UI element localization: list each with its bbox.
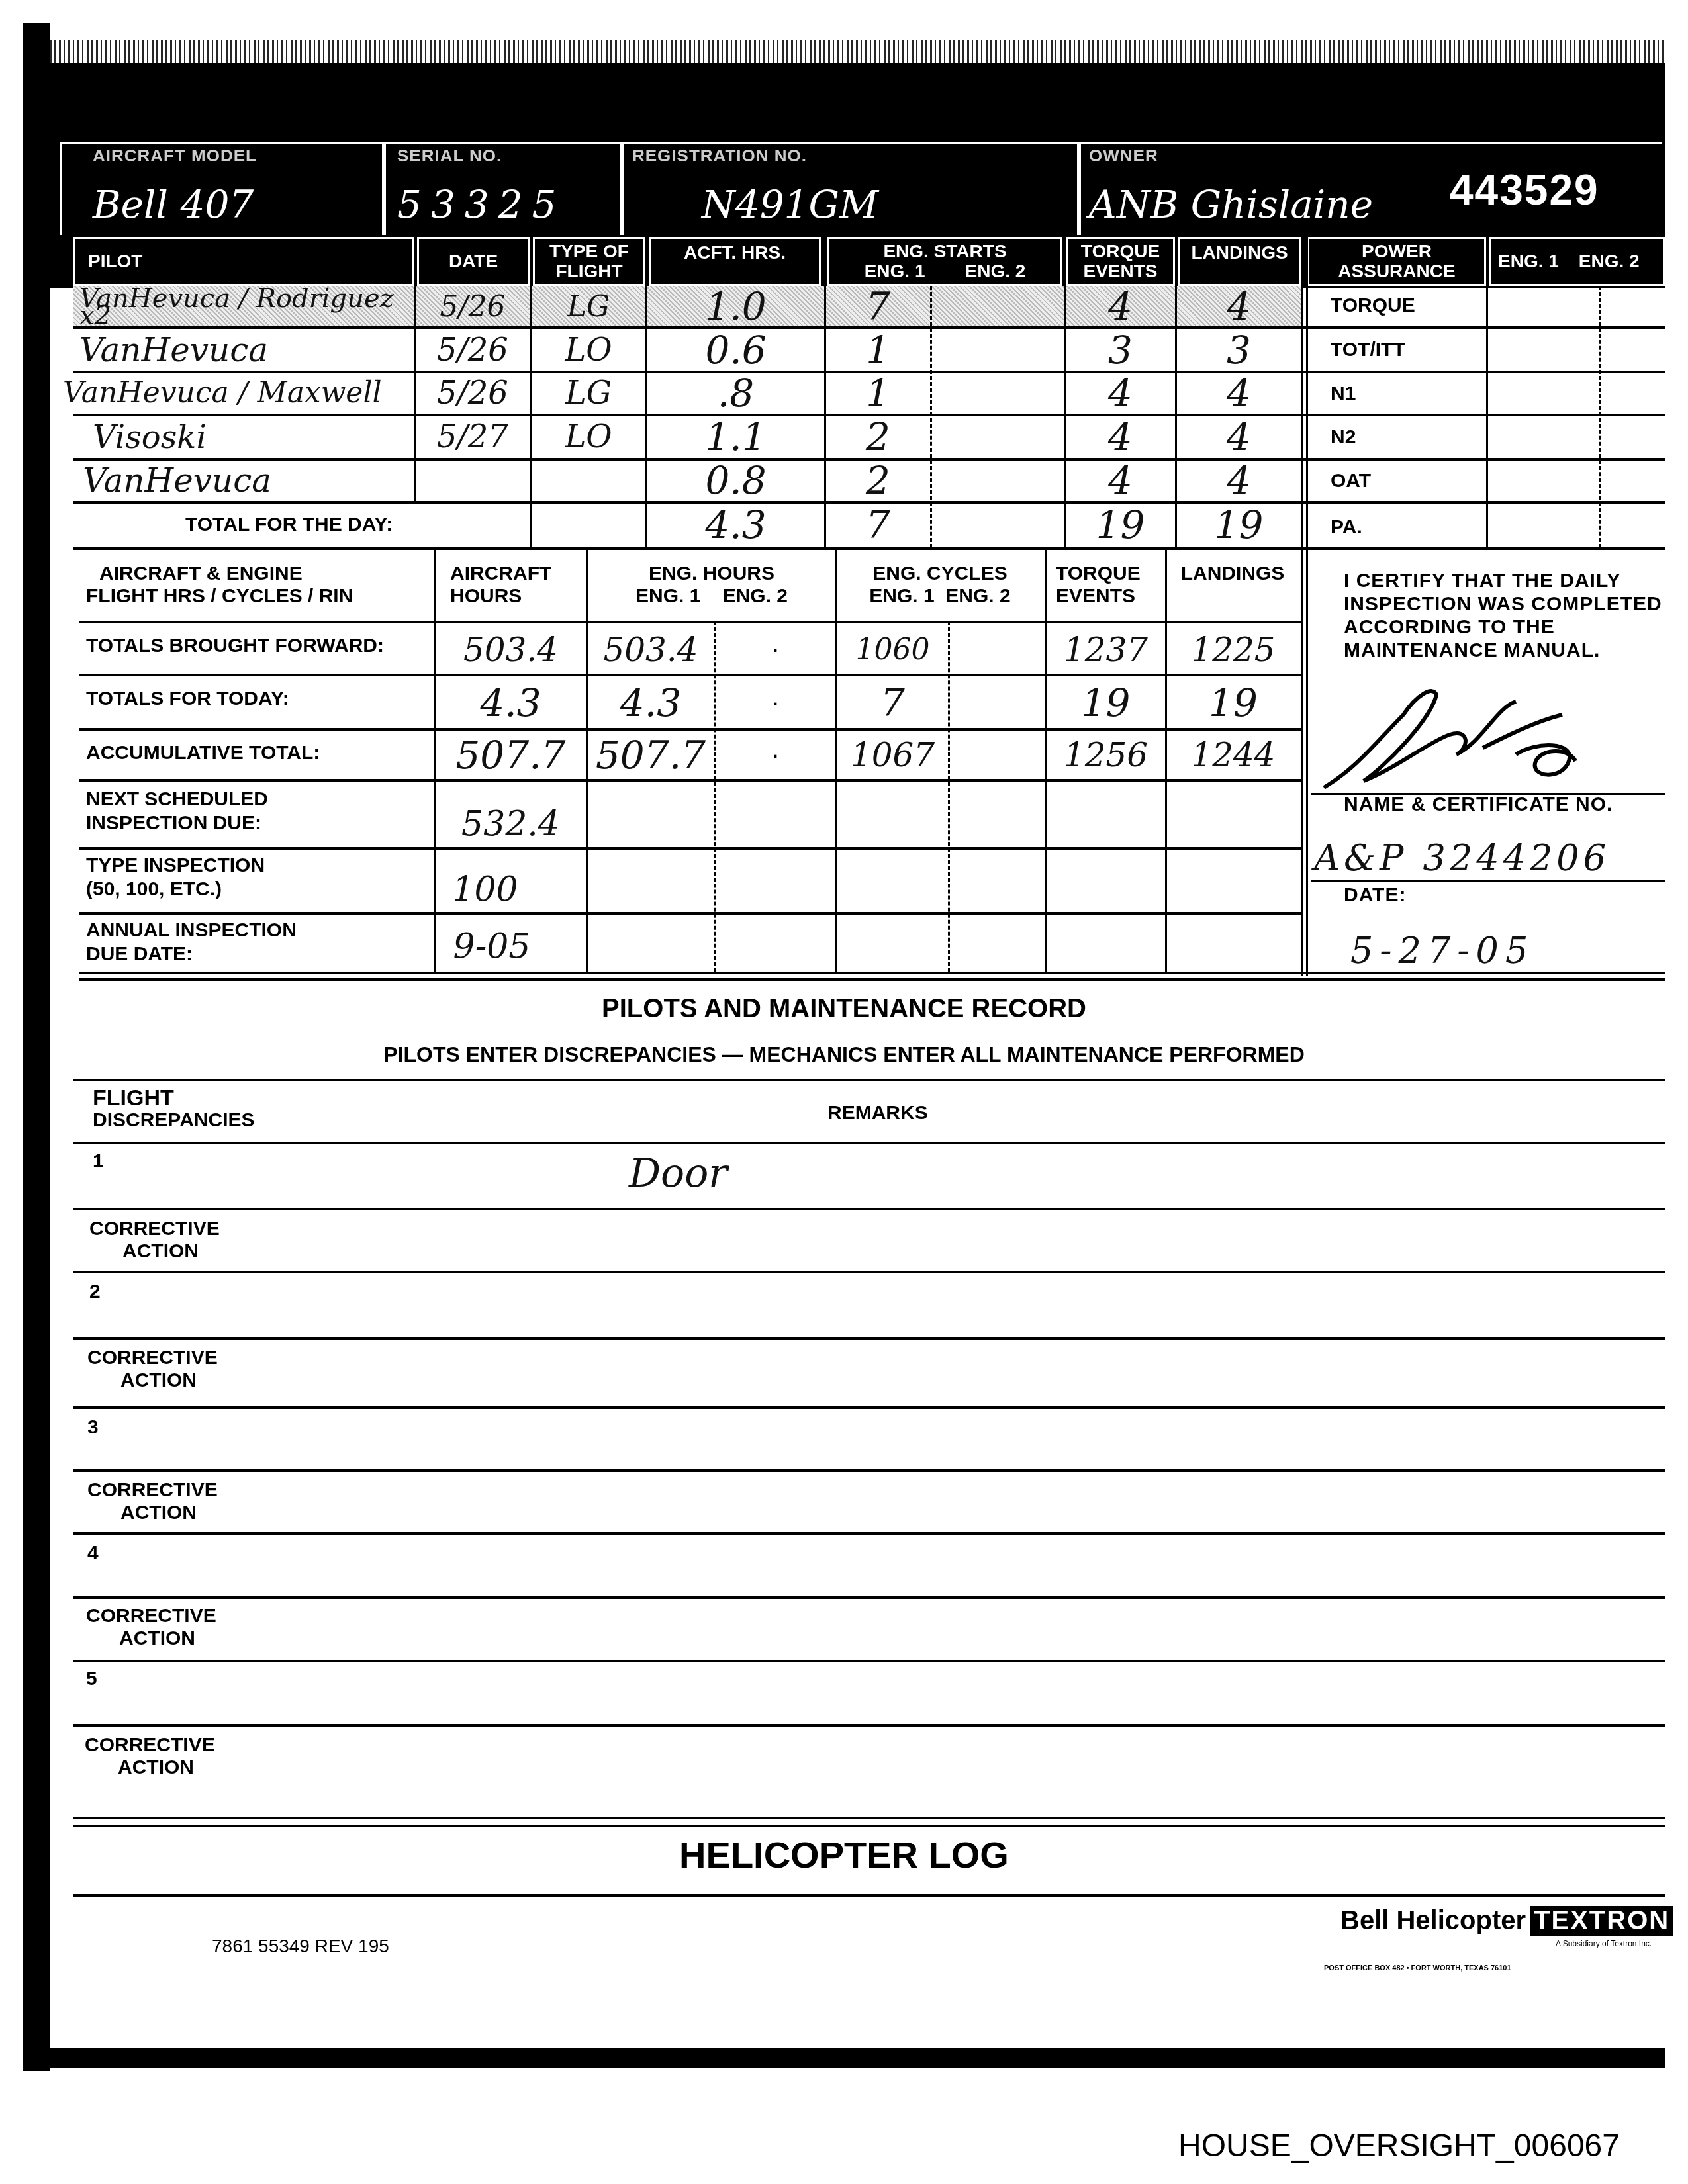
corrective-line2: ACTION bbox=[85, 1756, 215, 1779]
total-acft-hrs: 4.3 bbox=[647, 503, 824, 547]
grid-row-divider bbox=[79, 779, 1301, 782]
grid-row-divider bbox=[79, 728, 1301, 731]
certificate-line bbox=[1311, 880, 1665, 882]
grid-eng2-hours: · bbox=[716, 678, 835, 728]
corrective-line1: CORRECTIVE bbox=[87, 1347, 218, 1369]
pilot-acft-hrs: 0.8 bbox=[647, 460, 824, 501]
pa-row-oat: OAT bbox=[1331, 470, 1371, 492]
pilot-type: LG bbox=[532, 286, 645, 327]
field-value-registration-no: N491GM bbox=[702, 182, 878, 227]
col-type-of-flight: TYPE OF FLIGHT bbox=[533, 237, 645, 286]
power-assurance-title: POWER ASSURANCE bbox=[1309, 242, 1484, 281]
record-divider bbox=[73, 1406, 1665, 1409]
col-pa-engines: ENG. 1ENG. 2 bbox=[1489, 237, 1665, 286]
record-divider bbox=[73, 1208, 1665, 1210]
pilot-type: LO bbox=[532, 416, 645, 458]
grid-row-label-line2: INSPECTION DUE: bbox=[86, 811, 268, 835]
cert-line: I CERTIFY THAT THE DAILY bbox=[1344, 569, 1662, 592]
col-acft-label: ACFT. HRS. bbox=[684, 243, 786, 263]
cert-line: MAINTENANCE MANUAL. bbox=[1344, 639, 1662, 662]
pilot-date bbox=[416, 460, 530, 501]
pilot-torque: 4 bbox=[1066, 416, 1175, 458]
col-remarks: REMARKS bbox=[827, 1102, 928, 1124]
grid-header-eng-cycles-sub: ENG. 1 ENG. 2 bbox=[837, 585, 1043, 608]
pilot-landings: 4 bbox=[1177, 460, 1301, 501]
pa-row-tot-itt: TOT/ITT bbox=[1331, 339, 1405, 361]
grid-eng2-hours: · bbox=[716, 625, 835, 674]
pilot-landings: 4 bbox=[1177, 373, 1301, 414]
grid-eng1-hours: 507.7 bbox=[588, 731, 714, 779]
cert-line: ACCORDING TO THE bbox=[1344, 615, 1662, 639]
col-divider-dashed bbox=[930, 286, 932, 548]
grid-acft-hours: 503.4 bbox=[436, 625, 586, 674]
col-eng2-label: ENG. 2 bbox=[965, 261, 1026, 281]
signature-icon bbox=[1317, 668, 1595, 794]
record-divider bbox=[73, 1079, 1665, 1081]
discrepancy-remark[interactable] bbox=[463, 1664, 1655, 1721]
grid-header-torque-line2: EVENTS bbox=[1056, 585, 1175, 608]
col-discrepancies-line2: DISCREPANCIES bbox=[93, 1109, 254, 1132]
pa-row-pa: PA. bbox=[1331, 516, 1362, 539]
pa-row-n2: N2 bbox=[1331, 426, 1356, 449]
grid-acft-hours: 4.3 bbox=[436, 678, 586, 728]
corrective-line1: CORRECTIVE bbox=[85, 1734, 215, 1756]
grid-header-eng-hours-sub: ENG. 1 ENG. 2 bbox=[586, 585, 837, 608]
discrepancy-remark[interactable] bbox=[463, 1537, 1655, 1594]
grid-acft-hours: 507.7 bbox=[436, 731, 586, 779]
grid-acft-hours: 9-05 bbox=[436, 923, 548, 970]
col-type-label: TYPE OF FLIGHT bbox=[535, 242, 643, 281]
grid-header-torque-line1: TORQUE bbox=[1056, 563, 1175, 585]
field-label-owner: OWNER bbox=[1089, 146, 1158, 166]
certificate-number: A&P 3244206 bbox=[1314, 837, 1610, 879]
grid-acft-hours: 532.4 bbox=[436, 801, 586, 847]
discrepancy-number: 5 bbox=[86, 1668, 97, 1690]
col-date: DATE bbox=[417, 237, 530, 286]
pilot-landings: 3 bbox=[1177, 329, 1301, 371]
record-divider bbox=[73, 1596, 1665, 1599]
corrective-action-field[interactable] bbox=[463, 1729, 1655, 1782]
corrective-line2: ACTION bbox=[87, 1502, 218, 1524]
certification-statement: I CERTIFY THAT THE DAILY INSPECTION WAS … bbox=[1344, 569, 1662, 662]
grid-row-label: TOTALS FOR TODAY: bbox=[86, 687, 289, 711]
grid-row-divider bbox=[79, 847, 1301, 850]
grid-row-divider bbox=[79, 972, 1665, 974]
grid-row-label-line2: DUE DATE: bbox=[86, 942, 297, 966]
grid-row-divider bbox=[79, 621, 1301, 623]
grid-row-label-line2: (50, 100, ETC.) bbox=[86, 878, 265, 901]
grid-eng1-hours: 4.3 bbox=[588, 678, 714, 728]
grid-torque: 19 bbox=[1047, 678, 1165, 728]
discrepancy-remark[interactable] bbox=[463, 1412, 1655, 1468]
total-landings: 19 bbox=[1177, 503, 1301, 547]
cert-line: INSPECTION WAS COMPLETED bbox=[1344, 592, 1662, 615]
pilot-eng1-starts: 2 bbox=[826, 416, 930, 458]
pilot-landings: 4 bbox=[1177, 286, 1301, 327]
grid-landings: 1225 bbox=[1167, 625, 1299, 674]
grid-header-eng-hours: ENG. HOURS ENG. 1 ENG. 2 bbox=[586, 563, 837, 608]
col-torque-events: TORQUE EVENTS bbox=[1066, 237, 1175, 286]
record-divider bbox=[73, 1337, 1665, 1340]
col-divider-double bbox=[1301, 235, 1303, 976]
name-certificate-label: NAME & CERTIFICATE NO. bbox=[1344, 793, 1613, 816]
grid-eng1-hours: 503.4 bbox=[588, 625, 714, 674]
col-eng1-label: ENG. 1 bbox=[865, 261, 925, 281]
discrepancy-number: 3 bbox=[87, 1416, 99, 1439]
certification-date: 5-27-05 bbox=[1350, 930, 1534, 972]
corrective-action-field[interactable] bbox=[463, 1212, 1655, 1269]
corrective-action-label: CORRECTIVEACTION bbox=[87, 1347, 218, 1392]
grid-col-divider-dashed bbox=[948, 621, 950, 972]
corrective-action-field[interactable] bbox=[463, 1602, 1655, 1658]
discrepancy-remark[interactable]: Door bbox=[629, 1150, 727, 1197]
record-divider bbox=[73, 1142, 1665, 1144]
pa-eng1-label: ENG. 1 bbox=[1498, 251, 1559, 271]
grid-header-acft-line1: AIRCRAFT bbox=[450, 563, 596, 585]
pilot-name: VanHevuca bbox=[79, 331, 268, 369]
date-label: DATE: bbox=[1344, 884, 1406, 907]
grid-header-torque: TORQUE EVENTS bbox=[1046, 563, 1175, 608]
grid-torque: 1256 bbox=[1047, 731, 1165, 779]
pilot-date: 5/27 bbox=[416, 416, 530, 458]
pilot-name: Visoski bbox=[93, 419, 207, 456]
col-eng-starts-label: ENG. STARTS bbox=[883, 242, 1006, 261]
grid-row-divider bbox=[79, 978, 1665, 981]
grid-row-label: NEXT SCHEDULED INSPECTION DUE: bbox=[86, 788, 268, 835]
col-eng-starts: ENG. STARTS ENG. 1ENG. 2 bbox=[827, 237, 1062, 286]
col-pilot: PILOT bbox=[73, 237, 414, 286]
grid-row-label: ANNUAL INSPECTION DUE DATE: bbox=[86, 919, 297, 966]
col-landings-label: LANDINGS bbox=[1191, 243, 1288, 263]
bell-helicopter-logo: Bell Helicopter TEXTRON bbox=[1340, 1906, 1673, 1936]
corrective-action-label: CORRECTIVEACTION bbox=[86, 1605, 216, 1650]
col-discrepancies-line1: FLIGHT bbox=[93, 1087, 254, 1109]
serial-stamp: 443529 bbox=[1450, 165, 1599, 214]
brand-tagline: A Subsidiary of Textron Inc. bbox=[1556, 1939, 1652, 1948]
grid-eng1-cycles: 1067 bbox=[837, 731, 948, 779]
pilot-type: LG bbox=[532, 373, 645, 414]
field-value-aircraft-model: Bell 407 bbox=[93, 182, 254, 227]
col-divider bbox=[1486, 286, 1488, 548]
pilot-date: 5/26 bbox=[416, 329, 530, 371]
pilot-acft-hrs: 0.6 bbox=[647, 329, 824, 371]
grid-eng1-cycles: 7 bbox=[837, 678, 948, 728]
pilot-acft-hrs: .8 bbox=[647, 373, 824, 414]
corrective-line1: CORRECTIVE bbox=[86, 1605, 216, 1627]
col-landings: LANDINGS bbox=[1178, 237, 1301, 286]
record-divider bbox=[73, 1271, 1665, 1273]
col-divider-double bbox=[1306, 235, 1308, 976]
discrepancy-remark[interactable] bbox=[463, 1276, 1655, 1332]
scan-border-bottom bbox=[23, 2048, 1665, 2068]
record-divider bbox=[73, 1469, 1665, 1472]
grid-torque: 1237 bbox=[1047, 625, 1165, 674]
helicopter-log-title: HELICOPTER LOG bbox=[0, 1833, 1688, 1876]
discrepancy-number: 1 bbox=[93, 1150, 104, 1173]
footer-divider bbox=[73, 1894, 1665, 1897]
pilot-eng1-starts: 1 bbox=[826, 373, 930, 414]
grid-eng1-cycles: 1060 bbox=[837, 625, 948, 674]
maintenance-record-title: PILOTS AND MAINTENANCE RECORD bbox=[0, 994, 1688, 1024]
grid-row-label-line1: NEXT SCHEDULED bbox=[86, 788, 268, 811]
discrepancy-number: 2 bbox=[89, 1281, 101, 1303]
grid-row-label: TYPE INSPECTION (50, 100, ETC.) bbox=[86, 854, 265, 901]
pilot-landings: 4 bbox=[1177, 416, 1301, 458]
col-flight-discrepancies: FLIGHT DISCREPANCIES bbox=[93, 1087, 254, 1132]
grid-header-aircraft-hours: AIRCRAFT HOURS bbox=[437, 563, 596, 608]
corrective-line2: ACTION bbox=[87, 1369, 218, 1392]
corrective-line2: ACTION bbox=[86, 1627, 216, 1650]
grid-header-landings: LANDINGS bbox=[1166, 563, 1299, 585]
corrective-line1: CORRECTIVE bbox=[89, 1218, 220, 1240]
grid-header-acft-line2: HOURS bbox=[450, 585, 596, 608]
corrective-line1: CORRECTIVE bbox=[87, 1479, 218, 1502]
pa-row-n1: N1 bbox=[1331, 383, 1356, 405]
pilot-acft-hrs: 1.0 bbox=[647, 286, 824, 327]
grid-row-label: TOTALS BROUGHT FORWARD: bbox=[86, 634, 384, 658]
pilot-torque: 3 bbox=[1066, 329, 1175, 371]
corrective-line2: ACTION bbox=[89, 1240, 220, 1263]
grid-header-eng-cycles: ENG. CYCLES ENG. 1 ENG. 2 bbox=[837, 563, 1043, 608]
field-label-registration-no: REGISTRATION NO. bbox=[632, 146, 807, 166]
pilot-torque: 4 bbox=[1066, 460, 1175, 501]
grid-row-label-line1: ANNUAL INSPECTION bbox=[86, 919, 297, 942]
brand-address: POST OFFICE BOX 482 • FORT WORTH, TEXAS … bbox=[1324, 1964, 1511, 1972]
form-number: 7861 55349 REV 195 bbox=[212, 1936, 389, 1957]
record-divider bbox=[73, 1532, 1665, 1535]
grid-row-label-line1: TYPE INSPECTION bbox=[86, 854, 265, 878]
pilot-type bbox=[532, 460, 645, 501]
record-divider bbox=[73, 1660, 1665, 1662]
grid-landings: 19 bbox=[1167, 678, 1299, 728]
grid-header-eng-hours-title: ENG. HOURS bbox=[586, 563, 837, 585]
bates-stamp: HOUSE_OVERSIGHT_006067 bbox=[1178, 2128, 1620, 2164]
col-torque-label: TORQUE EVENTS bbox=[1068, 242, 1173, 281]
field-label-aircraft-model: AIRCRAFT MODEL bbox=[93, 146, 257, 166]
corrective-action-field[interactable] bbox=[463, 1475, 1655, 1531]
grid-landings: 1244 bbox=[1167, 731, 1299, 779]
corrective-action-label: CORRECTIVEACTION bbox=[87, 1479, 218, 1524]
grid-row-label: ACCUMULATIVE TOTAL: bbox=[86, 741, 320, 765]
corrective-action-label: CORRECTIVEACTION bbox=[85, 1734, 215, 1779]
grid-header-eng-cycles-title: ENG. CYCLES bbox=[837, 563, 1043, 585]
grid-acft-hours: 100 bbox=[436, 867, 535, 912]
pilot-type: LO bbox=[532, 329, 645, 371]
pilot-torque: 4 bbox=[1066, 373, 1175, 414]
pilot-name: VanHevuca bbox=[83, 461, 271, 500]
grid-row-divider bbox=[79, 912, 1301, 915]
pa-eng2-label: ENG. 2 bbox=[1579, 251, 1640, 271]
pilot-date: 5/26 bbox=[416, 286, 530, 327]
pilot-torque: 4 bbox=[1066, 286, 1175, 327]
grid-header-label-line1: AIRCRAFT & ENGINE bbox=[99, 563, 444, 585]
col-date-label: DATE bbox=[449, 251, 498, 271]
grid-row-divider bbox=[79, 674, 1301, 676]
discrepancy-number: 4 bbox=[87, 1542, 99, 1565]
pilot-eng1-starts: 1 bbox=[826, 329, 930, 371]
record-divider bbox=[73, 1724, 1665, 1727]
textron-badge: TEXTRON bbox=[1530, 1906, 1673, 1936]
pilot-eng1-starts: 2 bbox=[826, 460, 930, 501]
pilot-acft-hrs: 1.1 bbox=[647, 416, 824, 458]
total-for-day-label: TOTAL FOR THE DAY: bbox=[185, 514, 393, 536]
pilot-date: 5/26 bbox=[416, 373, 530, 414]
col-divider-dashed bbox=[1599, 286, 1601, 548]
col-power-assurance: POWER ASSURANCE bbox=[1307, 237, 1486, 286]
pa-row-torque: TORQUE bbox=[1331, 295, 1415, 317]
corrective-action-label: CORRECTIVEACTION bbox=[89, 1218, 220, 1263]
pilot-name: VanHevuca / Rodriguez x2 bbox=[79, 290, 410, 324]
col-pilot-label: PILOT bbox=[88, 251, 142, 271]
record-divider bbox=[73, 1825, 1665, 1827]
field-value-owner: ANB Ghislaine bbox=[1089, 182, 1373, 227]
grid-header-label-line2: FLIGHT HRS / CYCLES / RIN bbox=[86, 585, 444, 608]
total-eng1-starts: 7 bbox=[826, 503, 930, 547]
pilot-eng1-starts: 7 bbox=[826, 286, 930, 327]
grid-header-label: AIRCRAFT & ENGINE FLIGHT HRS / CYCLES / … bbox=[79, 563, 444, 608]
col-acft-hrs: ACFT. HRS. bbox=[649, 237, 821, 286]
maintenance-record-subtitle: PILOTS ENTER DISCREPANCIES — MECHANICS E… bbox=[0, 1042, 1688, 1067]
record-divider bbox=[73, 1817, 1665, 1819]
total-torque: 19 bbox=[1066, 503, 1175, 547]
corrective-action-field[interactable] bbox=[463, 1342, 1655, 1402]
field-label-serial-no: SERIAL NO. bbox=[397, 146, 502, 166]
brand-name: Bell Helicopter bbox=[1340, 1906, 1526, 1936]
pilot-name: VanHevuca / Maxwell bbox=[63, 376, 382, 410]
grid-eng2-hours: · bbox=[716, 731, 835, 779]
field-value-serial-no: 53325 bbox=[397, 182, 566, 227]
